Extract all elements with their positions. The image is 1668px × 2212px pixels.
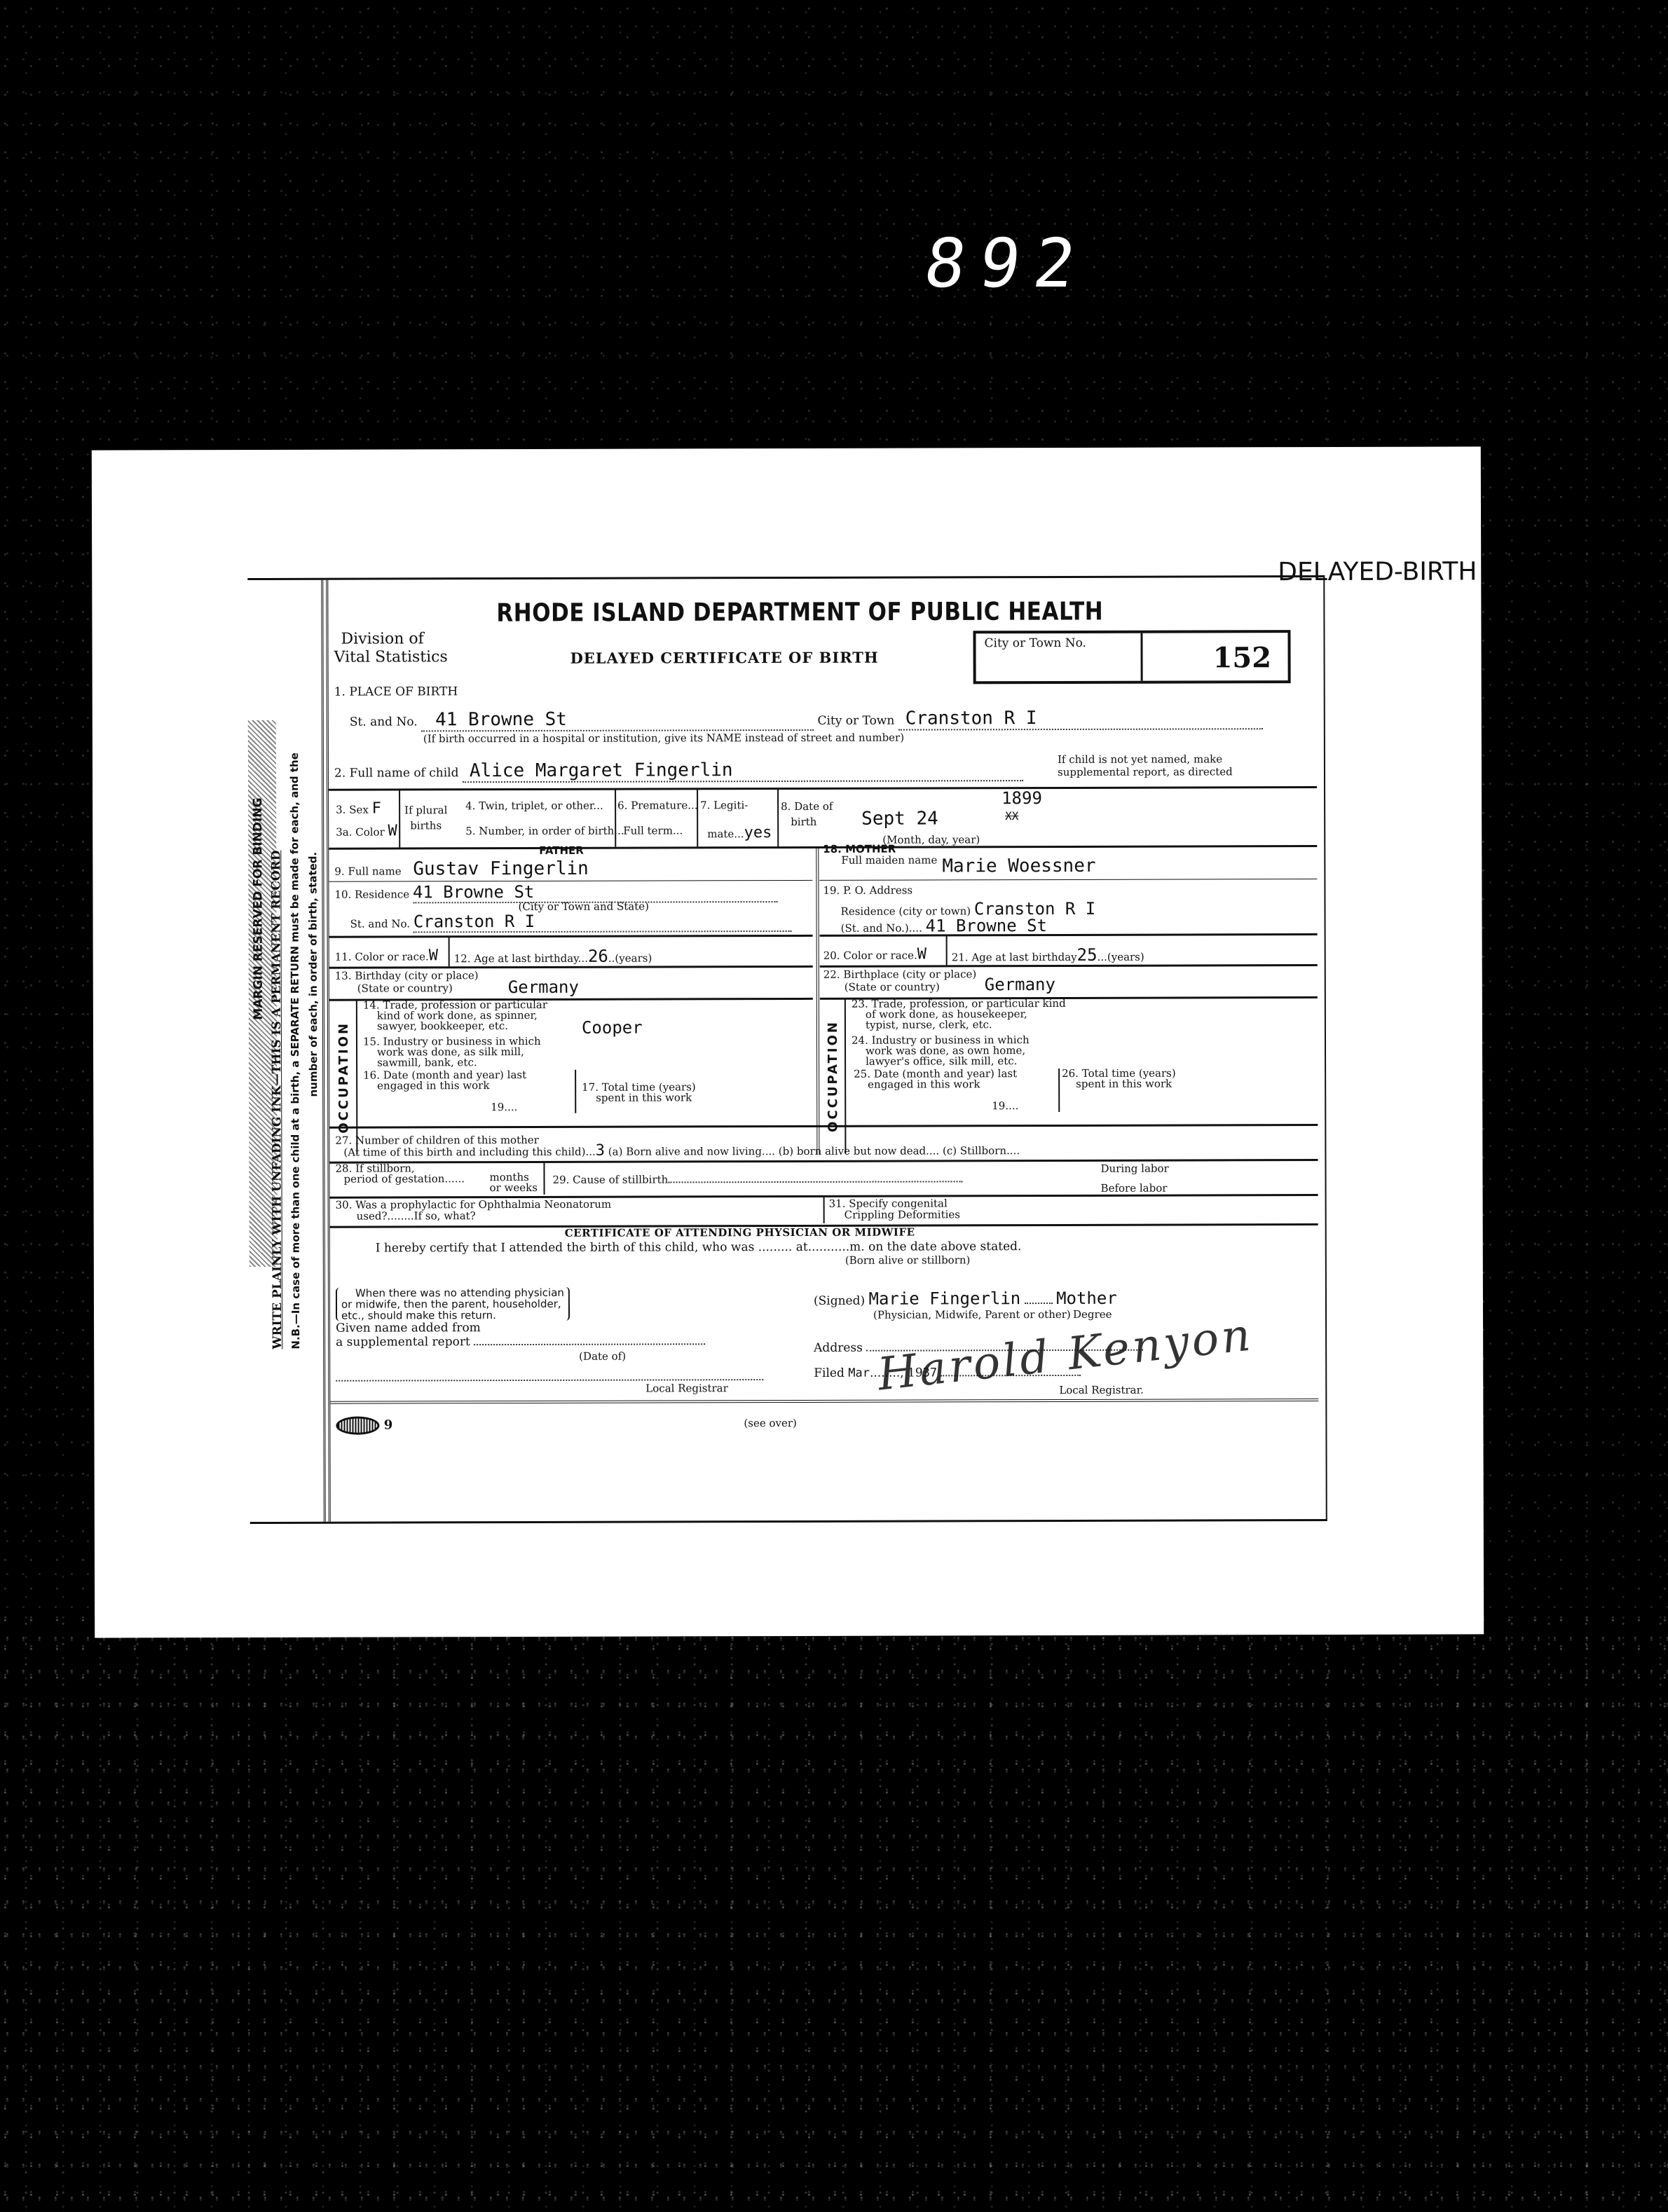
mother-age-unit: (years) xyxy=(1107,951,1144,963)
signed-label: (Signed) xyxy=(814,1294,865,1308)
father-street-value[interactable]: Cranston R I xyxy=(413,911,792,933)
place-of-birth-row: St. and No. 41 Browne St City or Town Cr… xyxy=(350,707,1317,732)
child-name-note-2: supplemental report, as directed xyxy=(1058,765,1233,778)
plural-label-1: If plural xyxy=(404,802,447,818)
deformities-field[interactable]: 31. Specify congenital Crippling Deformi… xyxy=(829,1197,960,1220)
father-trade-label: 14. Trade, profession or particular kind… xyxy=(363,1000,547,1032)
divider xyxy=(329,1159,1318,1164)
town-number-label: City or Town No. xyxy=(984,636,1086,650)
mother-color-value[interactable]: W xyxy=(917,945,927,963)
dob-label: 8. Date of birth xyxy=(781,799,833,830)
mother-total-label-2: spent in this work xyxy=(1062,1079,1176,1090)
divider xyxy=(1058,1069,1060,1112)
mother-color-label: 20. Color or race. xyxy=(823,949,917,962)
father-name-row: 9. Full name Gustav Fingerlin xyxy=(334,858,589,880)
child-name-row: 2. Full name of child Alice Margaret Fin… xyxy=(334,759,1023,783)
divider xyxy=(399,790,400,847)
father-color-row: 11. Color or race.W xyxy=(335,947,438,964)
during-labor-field[interactable]: During labor xyxy=(1100,1162,1168,1175)
father-age-value[interactable]: 26 xyxy=(588,947,608,966)
father-color-value[interactable]: W xyxy=(429,947,438,964)
children-count-row: 27. Number of children of this mother (A… xyxy=(335,1133,1020,1158)
divider xyxy=(330,1399,1318,1404)
before-labor-field[interactable]: Before labor xyxy=(1101,1182,1168,1195)
no-physician-note: When there was no attending physician or… xyxy=(336,1287,570,1321)
twin-field[interactable]: 4. Twin, triplet, or other... xyxy=(465,799,603,813)
mother-po-label[interactable]: 19. P. O. Address xyxy=(823,884,912,897)
form-number: 9 xyxy=(384,1417,393,1432)
divider xyxy=(543,1162,545,1195)
registrar-signature-line-left[interactable] xyxy=(336,1379,763,1382)
children-alive-label[interactable]: (a) Born alive and now living.... xyxy=(608,1145,775,1158)
scan-background-lower xyxy=(0,1612,1668,2212)
see-over-label: (see over) xyxy=(744,1417,797,1429)
division-line-1: Division of xyxy=(334,630,447,648)
signed-note: (Physician, Midwife, Parent or other) xyxy=(873,1308,1071,1321)
town-number-value: 152 xyxy=(1213,641,1272,674)
divider xyxy=(819,879,1317,881)
father-date-year[interactable]: 19.... xyxy=(491,1101,517,1113)
no-physician-line-3: etc., should make this return. xyxy=(341,1310,564,1321)
father-occupation-heading: OCCUPATION xyxy=(336,1022,351,1134)
father-industry-label: 15. Industry or business in which work w… xyxy=(363,1036,541,1069)
child-name-value: Alice Margaret Fingerlin xyxy=(463,760,733,781)
mother-age-value[interactable]: 25 xyxy=(1077,945,1098,965)
father-residence-label: 10. Residence xyxy=(334,888,409,900)
gestation-units: months or weeks xyxy=(489,1172,537,1193)
father-trade-label-3: sawyer, bookkeeper, etc. xyxy=(363,1021,547,1032)
prophylactic-label-1: 30. Was a prophylactic for Ophthalmia Ne… xyxy=(336,1199,612,1211)
legitimate-label: 7. Legiti- xyxy=(700,799,748,811)
father-date-label: 16. Date (month and year) last engaged i… xyxy=(363,1070,526,1092)
margin-line-write-plainly: WRITE PLAINLY WITH UNFADING INK—THIS IS … xyxy=(266,753,286,1349)
divider xyxy=(697,789,698,846)
gestation-label-2: period of gestation xyxy=(343,1172,444,1185)
father-total-label: 17. Total time (years) spent in this wor… xyxy=(582,1082,696,1103)
legitimate-value: yes xyxy=(744,824,772,841)
father-industry-label-3: sawmill, bank, etc. xyxy=(363,1057,541,1069)
gestation-unit-weeks: or weeks xyxy=(490,1183,538,1193)
birth-city-field[interactable]: Cranston R I xyxy=(898,707,1263,730)
mother-age-row: 21. Age at last birthday25...(years) xyxy=(952,945,1144,966)
legitimate-field[interactable]: mate...yes xyxy=(707,824,772,841)
color-field[interactable]: 3a. Color W xyxy=(336,822,397,839)
certificate-heading: CERTIFICATE OF ATTENDING PHYSICIAN OR MI… xyxy=(565,1226,915,1239)
birth-order-field[interactable]: 5. Number, in order of birth... xyxy=(465,825,624,838)
father-color-label: 11. Color or race. xyxy=(335,950,429,963)
form-content: DELAYED-BIRTH RHODE ISLAND DEPARTMENT OF… xyxy=(326,577,1319,1522)
father-name-value[interactable]: Gustav Fingerlin xyxy=(404,858,589,880)
deformities-label-1: 31. Specify congenital xyxy=(829,1197,960,1209)
father-name-label: 9. Full name xyxy=(334,865,401,877)
father-birthplace-value[interactable]: Germany xyxy=(508,977,579,997)
birth-street-value: 41 Browne St xyxy=(421,709,567,731)
binding-margin: MARGIN RESERVED FOR BINDING WRITE PLAINL… xyxy=(247,580,326,1522)
mother-street-row: (St. and No.).... 41 Browne St xyxy=(841,916,1047,936)
child-name-note: If child is not yet named, make suppleme… xyxy=(1058,753,1233,778)
department-title: RHODE ISLAND DEPARTMENT OF PUBLIC HEALTH xyxy=(496,597,1103,628)
local-registrar-right: Local Registrar. xyxy=(1059,1384,1144,1396)
divider xyxy=(820,933,1318,937)
birth-street-field[interactable]: 41 Browne St xyxy=(421,708,814,731)
mother-street-label: (St. and No.) xyxy=(841,922,909,935)
father-mother-divider xyxy=(816,846,819,1155)
mother-trade-label: 23. Trade, profession, or particular kin… xyxy=(852,998,1066,1031)
mother-industry-label-3: lawyer's office, silk mill, etc. xyxy=(852,1056,1030,1067)
dob-label-1: 8. Date of xyxy=(781,799,833,814)
prophylactic-field[interactable]: 30. Was a prophylactic for Ophthalmia Ne… xyxy=(336,1199,612,1222)
father-street-row: St. and No. Cranston R I xyxy=(350,911,792,933)
mother-trade-label-3: typist, nurse, clerk, etc. xyxy=(852,1019,1066,1031)
father-total-label-2: spent in this work xyxy=(582,1092,696,1103)
signed-row: (Signed) Marie Fingerlin Mother xyxy=(814,1289,1117,1309)
mother-street-value[interactable]: 41 Browne St xyxy=(926,916,1047,935)
page-stamp-number: 892 xyxy=(920,224,1094,303)
signed-value[interactable]: Marie Fingerlin xyxy=(868,1289,1020,1309)
place-of-birth-note: (If birth occurred in a hospital or inst… xyxy=(423,731,904,746)
divider xyxy=(823,1197,825,1223)
mother-birthplace-label: 22. Birthplace (city or place) xyxy=(823,968,976,981)
signed-role[interactable]: Mother xyxy=(1056,1289,1117,1308)
children-label-2: (At time of this birth and including thi… xyxy=(343,1146,585,1159)
mother-heading-block: 18. MOTHER Full maiden name xyxy=(823,843,937,865)
mother-color-row: 20. Color or race.W xyxy=(823,945,927,963)
birth-city-value: Cranston R I xyxy=(898,708,1037,729)
child-name-field[interactable]: Alice Margaret Fingerlin xyxy=(463,759,1023,783)
father-age-row: 12. Age at last birthday...26..(years) xyxy=(454,947,652,967)
father-age-label: 12. Age at last birthday xyxy=(454,952,578,965)
full-term-field[interactable]: Full term... xyxy=(623,824,683,837)
degree-label: Degree xyxy=(1073,1308,1112,1321)
city-label: City or Town xyxy=(817,714,894,728)
local-registrar-left: Local Registrar xyxy=(645,1382,728,1394)
street-label: St. and No. xyxy=(350,715,418,729)
stillbirth-cause-field[interactable]: 29. Cause of stillbirth xyxy=(552,1172,962,1186)
color-value: W xyxy=(388,822,397,839)
mother-birthplace-sub: (State or country) xyxy=(845,980,940,993)
certificate-statement: I hereby certify that I attended the bir… xyxy=(376,1239,1022,1255)
children-stillborn-label[interactable]: (c) Stillborn.... xyxy=(943,1144,1020,1157)
given-name-label-2: a supplemental report xyxy=(336,1335,470,1349)
divider xyxy=(329,966,813,969)
margin-write-plainly: WRITE PLAINLY WITH UNFADING INK—THIS IS … xyxy=(269,1003,284,1349)
mother-age-label: 21. Age at last birthday xyxy=(952,951,1077,963)
dob-year-struck: XX xyxy=(1005,809,1018,823)
address-label: Address xyxy=(814,1341,863,1355)
divider xyxy=(356,1001,358,1155)
form-title: DELAYED CERTIFICATE OF BIRTH xyxy=(570,649,879,667)
father-heading: FATHER xyxy=(539,844,584,857)
margin-line-order: number of each, in order of birth, state… xyxy=(303,753,322,1349)
sex-value: F xyxy=(372,800,381,818)
mother-date-label-2: engaged in this work xyxy=(854,1079,1017,1090)
prophylactic-label-2: used?........If so, what? xyxy=(336,1210,612,1222)
dob-label-2: birth xyxy=(781,814,833,830)
mother-name-label: Full maiden name xyxy=(823,854,937,865)
certificate-form: MARGIN RESERVED FOR BINDING WRITE PLAINL… xyxy=(247,575,1327,1524)
date-of-label: (Date of) xyxy=(579,1350,626,1363)
given-name-label-1: Given name added from xyxy=(336,1320,705,1335)
divider xyxy=(329,786,1317,791)
place-of-birth-label: 1. PLACE OF BIRTH xyxy=(334,685,458,699)
town-number-label-cell: City or Town No. xyxy=(976,633,1142,682)
town-number-value-cell[interactable]: 152 xyxy=(1142,633,1287,681)
mother-birthplace-value[interactable]: Germany xyxy=(985,975,1055,994)
father-birthplace-label: 13. Birthday (city or place) xyxy=(335,969,479,982)
divider xyxy=(845,999,847,1153)
father-age-unit: (years) xyxy=(615,952,652,965)
no-physician-line-2: or midwife, then the parent, householder… xyxy=(341,1298,564,1310)
children-count-value[interactable]: 3 xyxy=(596,1142,605,1160)
mother-industry-label: 24. Industry or business in which work w… xyxy=(852,1035,1030,1067)
division-label: Division of Vital Statistics xyxy=(334,630,447,666)
certificate-statement-note: (Born alive or stillborn) xyxy=(845,1253,971,1266)
form-number-row: 9 xyxy=(336,1416,392,1434)
color-label: 3a. Color xyxy=(336,826,385,839)
filed-label: Filed xyxy=(814,1366,845,1380)
margin-permanent-record: PERMANENT RECORD xyxy=(269,850,284,1003)
children-dead-label[interactable]: (b) born alive but now dead.... xyxy=(779,1144,939,1157)
plural-label-2: births xyxy=(404,818,447,833)
town-number-box: City or Town No. 152 xyxy=(973,630,1290,684)
stillbirth-cause-label: 29. Cause of stillbirth xyxy=(552,1173,668,1186)
plural-births-label: If plural births xyxy=(404,802,447,833)
father-birthplace-sub: (State or country) xyxy=(357,982,453,994)
child-name-label: 2. Full name of child xyxy=(334,766,459,780)
premature-field[interactable]: 6. Premature... xyxy=(617,799,697,811)
sex-label: 3. Sex xyxy=(336,804,369,816)
margin-instructions: MARGIN RESERVED FOR BINDING WRITE PLAINL… xyxy=(248,753,322,1349)
divider xyxy=(820,964,1318,968)
father-date-label-2: engaged in this work xyxy=(363,1080,526,1092)
divider xyxy=(449,937,450,966)
dob-value[interactable]: Sept 24 xyxy=(861,808,938,829)
mother-occupation-heading: OCCUPATION xyxy=(826,1020,840,1132)
division-line-2: Vital Statistics xyxy=(334,648,448,666)
divider xyxy=(946,935,948,965)
margin-line-nb: N.B.—In case of more than one child at a… xyxy=(285,753,304,1349)
father-street-label: St. and No. xyxy=(350,917,411,930)
margin-line-binding: MARGIN RESERVED FOR BINDING xyxy=(248,753,268,1349)
divider xyxy=(329,935,813,938)
certificate-sheet: MARGIN RESERVED FOR BINDING WRITE PLAINL… xyxy=(92,446,1484,1637)
divider xyxy=(575,1070,576,1113)
divider xyxy=(329,1124,1318,1129)
deformities-label-2: Crippling Deformities xyxy=(829,1209,960,1220)
child-name-note-1: If child is not yet named, make xyxy=(1058,753,1233,766)
father-trade-value[interactable]: Cooper xyxy=(582,1018,643,1038)
mother-date-label: 25. Date (month and year) last engaged i… xyxy=(854,1069,1017,1090)
divider xyxy=(615,790,616,847)
legitimate-label-2: mate... xyxy=(707,827,744,840)
dob-year[interactable]: 1899 xyxy=(1002,788,1042,808)
given-name-field[interactable]: Given name added from a supplemental rep… xyxy=(336,1320,705,1349)
mother-total-label: 26. Total time (years) spent in this wor… xyxy=(1062,1069,1176,1090)
sex-field[interactable]: 3. Sex F xyxy=(336,800,381,818)
divider xyxy=(777,789,779,846)
mother-heading: 18. MOTHER xyxy=(823,843,937,854)
filed-value: Mar xyxy=(848,1366,870,1380)
mother-name-value[interactable]: Marie Woessner xyxy=(942,856,1095,877)
mother-date-year[interactable]: 19.... xyxy=(992,1099,1018,1112)
gestation-row: 28. If stillborn, period of gestation...… xyxy=(335,1163,465,1184)
delayed-birth-stamp: DELAYED-BIRTH xyxy=(1278,557,1477,586)
union-label-seal-icon xyxy=(336,1417,379,1435)
